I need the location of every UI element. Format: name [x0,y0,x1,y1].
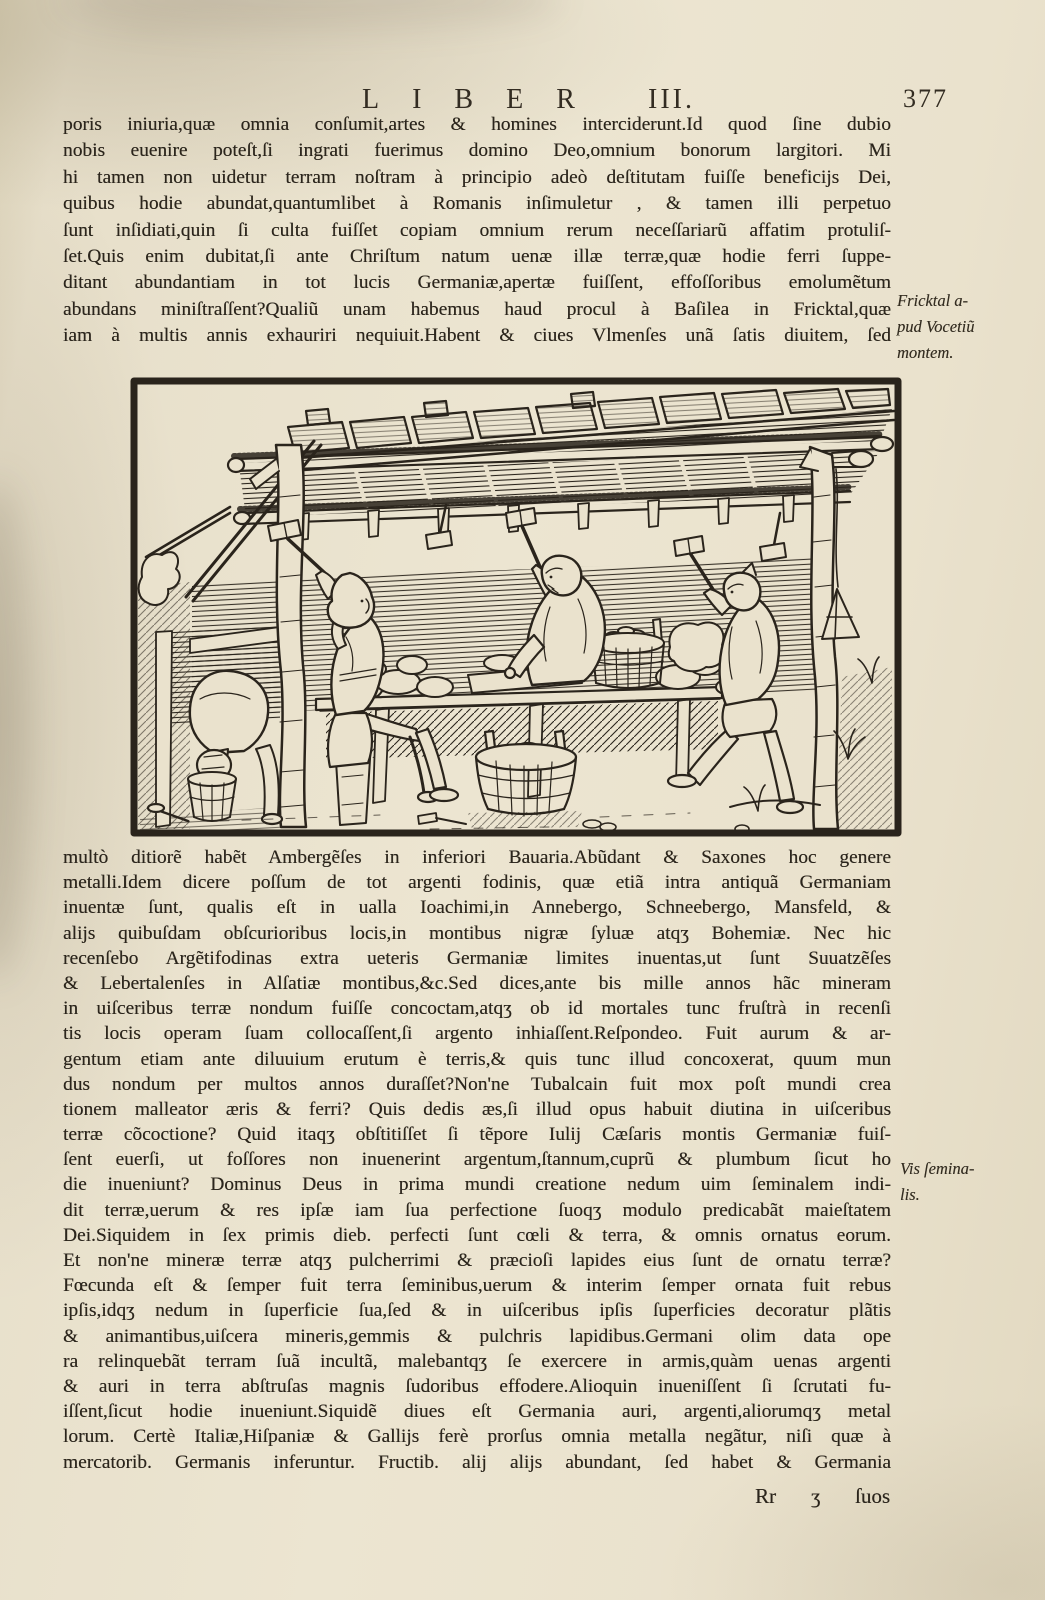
text-line: hi tamen non uidetur terram noſtram à pr… [63,165,891,191]
roof [228,389,894,540]
margin-note-vis-seminalis: Vis ſemina- lis. [900,1156,1045,1208]
text-line: poris iniuria,quæ omnia conſumit,artes &… [63,112,891,138]
page-number: 377 [903,84,948,114]
text-line: dit terræ,uerum & res ipſæ iam ſua perfe… [63,1198,891,1223]
text-line: ſunt inſidiati,quin ſi culta fuiſſet cop… [63,218,891,244]
text-line: terræ cõcoctione? Quid itaqʒ obſtitiſſet… [63,1122,891,1147]
text-line: ra relinquebãt terram ſuã incultã, maleb… [63,1349,891,1374]
text-line: ditant abundantiam in tot lucis Germaniæ… [63,270,891,296]
text-line: ſet.Quis enim dubitat,ſi ante Chriſtum n… [63,244,891,270]
text-line: Et non'ne mineræ terræ atqʒ pulcherrimi … [63,1248,891,1273]
text-line: & animantibus,uiſcera mineris,gemmis & p… [63,1324,891,1349]
signature-line: Rr ʒ ſuos [63,1484,891,1514]
page-edge-shading [0,480,30,980]
text-line: Dei.Siquidem in ſex primis dieb. perfect… [63,1223,891,1248]
margin-note-line: montem. [897,340,1043,366]
text-line: quibus hodie abundat,quantumlibet à Roma… [63,191,891,217]
text-line: tionem malleator æris & ferri? Quis dedi… [63,1097,891,1122]
margin-note-line: Fricktal a- [897,288,1043,314]
text-line: inuentæ ſunt, qualis eſt in ualla Ioachi… [63,895,891,920]
text-line: die inueniunt? Dominus Deus in prima mun… [63,1172,891,1197]
book-page: LIBER III. 377 poris iniuria,quæ omnia c… [0,0,1045,1600]
text-line: alijs quibuſdam obſcurioribus locis,in m… [63,921,891,946]
miners-woodcut-illustration [130,377,902,837]
text-line: tis locis operam ſuam collocaſſent,ſi ar… [63,1021,891,1046]
lower-text-block: multò ditiorẽ habẽt Ambergẽſes in inferi… [63,845,891,1475]
text-line: & Lebertalenſes in Alſatiæ montibus,&c.S… [63,971,891,996]
text-line: multò ditiorẽ habẽt Ambergẽſes in inferi… [63,845,891,870]
text-line: in uiſceribus terræ nondum fuiſſe concoc… [63,996,891,1021]
text-line: abundans miniſtraſſent?Qualiũ unam habem… [63,297,891,323]
gathering-signature: Rr [755,1484,776,1509]
text-line: recenſebo Argẽtifodinas extra ueteris Ge… [63,946,891,971]
text-line: ſent euerſi, ut foſſores non inuenerint … [63,1147,891,1172]
margin-note-line: pud Vocetiũ [897,314,1043,340]
margin-note-fricktal: Fricktal a- pud Vocetiũ montem. [897,288,1043,366]
text-line: iam à multis annis exhauriri nequiuit.Ha… [63,323,891,349]
text-line: dus nondum per multos annos duraſſet?Non… [63,1072,891,1097]
text-line: mercatorib. Germanis inferuntur. Fructib… [63,1450,891,1475]
catchword: ſuos [855,1484,890,1509]
leaf-mark: ʒ [811,1484,820,1509]
text-line: metalli.Idem dicere poſſum de tot argent… [63,870,891,895]
margin-note-line: Vis ſemina- [900,1156,1045,1182]
hanging-axes [426,505,786,561]
text-line: Fœcunda eſt & ſemper fuit terra ſeminibu… [63,1273,891,1298]
upper-text-block: poris iniuria,quæ omnia conſumit,artes &… [63,112,891,350]
woodcut-svg [130,377,902,837]
text-line: lorum. Certè Italiæ,Hiſpaniæ & Gallijs f… [63,1424,891,1449]
page-edge-shading [60,0,560,30]
text-line: & auri in terra abſtruſas magnis ſudorib… [63,1374,891,1399]
text-line: iſſent,ſicut hodie inueniunt.Siquidẽ diu… [63,1399,891,1424]
margin-note-line: lis. [900,1182,1045,1208]
text-line: ipſis,idqʒ nedum in ſuperficie ſua,ſed &… [63,1298,891,1323]
text-line: nobis euenire poteſt,ſi ingrati fuerimus… [63,138,891,164]
text-line: gentum etiam ante diluuium erutum è terr… [63,1047,891,1072]
